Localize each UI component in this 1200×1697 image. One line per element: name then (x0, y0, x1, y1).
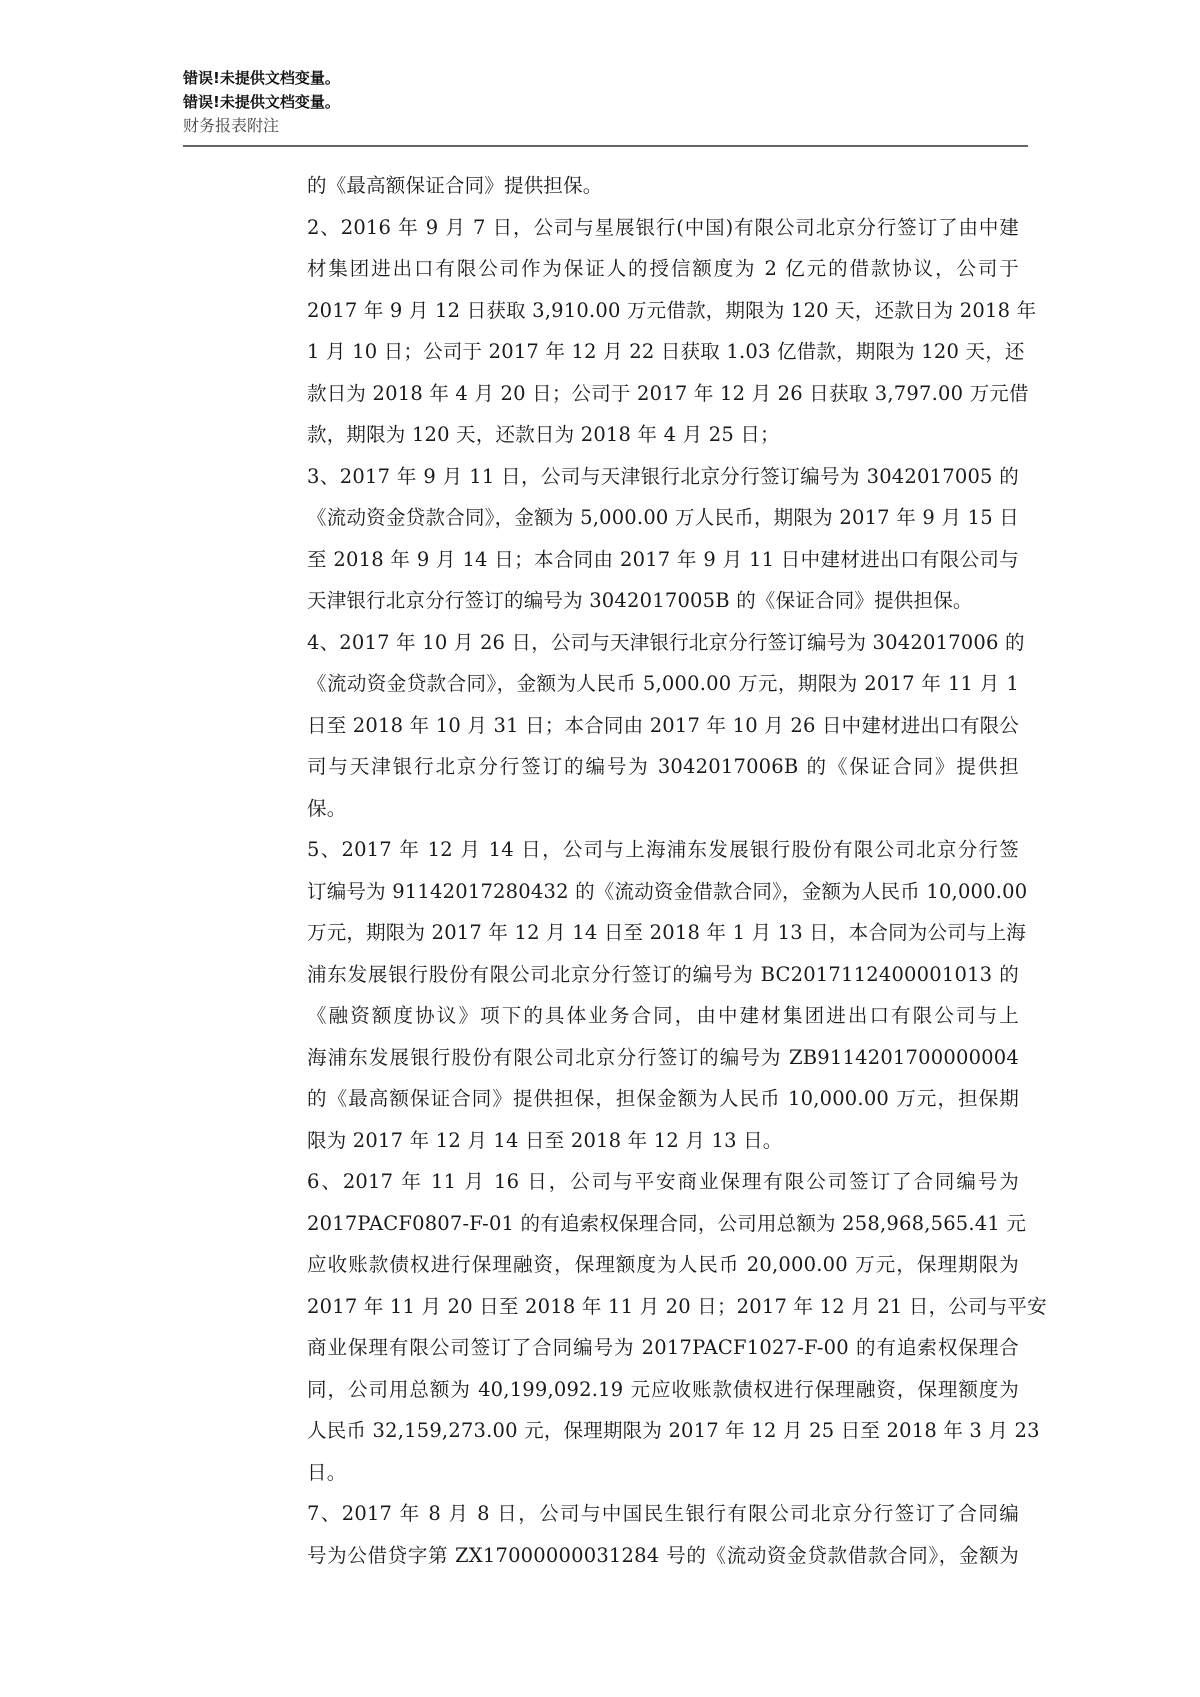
text-line: 浦东发展银行股份有限公司北京分行签订的编号为 BC201711240000101… (307, 954, 1019, 996)
text-line: 保。 (307, 788, 1019, 830)
text-line: 日至 2018 年 10 月 31 日；本合同由 2017 年 10 月 26 … (307, 705, 1019, 747)
page-header: 错误!未提供文档变量。 错误!未提供文档变量。 财务报表附注 (183, 66, 1028, 138)
header-section-title: 财务报表附注 (183, 114, 1028, 138)
document-body: 的《最高额保证合同》提供担保。2、2016 年 9 月 7 日，公司与星展银行(… (307, 165, 1019, 1576)
text-line: 商业保理有限公司签订了合同编号为 2017PACF1027-F-00 的有追索权… (307, 1327, 1019, 1369)
text-line: 6、2017 年 11 月 16 日，公司与平安商业保理有限公司签订了合同编号为 (307, 1161, 1019, 1203)
text-line: 天津银行北京分行签订的编号为 3042017005B 的《保证合同》提供担保。 (307, 580, 1019, 622)
text-line: 2、2016 年 9 月 7 日，公司与星展银行(中国)有限公司北京分行签订了由… (307, 207, 1019, 249)
header-divider (183, 145, 1028, 147)
text-line: 2017 年 11 月 20 日至 2018 年 11 月 20 日；2017 … (307, 1286, 1019, 1328)
text-line: 限为 2017 年 12 月 14 日至 2018 年 12 月 13 日。 (307, 1120, 1019, 1162)
text-line: 材集团进出口有限公司作为保证人的授信额度为 2 亿元的借款协议，公司于 (307, 248, 1019, 290)
text-line: 7、2017 年 8 月 8 日，公司与中国民生银行有限公司北京分行签订了合同编 (307, 1493, 1019, 1535)
text-line: 2017PACF0807-F-01 的有追索权保理合同，公司用总额为 258,9… (307, 1203, 1019, 1245)
text-line: 人民币 32,159,273.00 元，保理期限为 2017 年 12 月 25… (307, 1410, 1019, 1452)
header-error-line-2: 错误!未提供文档变量。 (183, 90, 1028, 114)
text-line: 号为公借贷字第 ZX17000000031284 号的《流动资金贷款借款合同》，… (307, 1535, 1019, 1577)
text-line: 日。 (307, 1452, 1019, 1494)
header-error-line-1: 错误!未提供文档变量。 (183, 66, 1028, 90)
text-line: 的《最高额保证合同》提供担保。 (307, 165, 1019, 207)
text-line: 《流动资金贷款合同》，金额为 5,000.00 万人民币，期限为 2017 年 … (307, 497, 1019, 539)
text-line: 同，公司用总额为 40,199,092.19 元应收账款债权进行保理融资，保理额… (307, 1369, 1019, 1411)
text-line: 订编号为 91142017280432 的《流动资金借款合同》，金额为人民币 1… (307, 871, 1019, 913)
text-line: 款日为 2018 年 4 月 20 日；公司于 2017 年 12 月 26 日… (307, 373, 1019, 415)
text-line: 款，期限为 120 天，还款日为 2018 年 4 月 25 日； (307, 414, 1019, 456)
text-line: 司与天津银行北京分行签订的编号为 3042017006B 的《保证合同》提供担 (307, 746, 1019, 788)
text-line: 海浦东发展银行股份有限公司北京分行签订的编号为 ZB91142017000000… (307, 1037, 1019, 1079)
text-line: 3、2017 年 9 月 11 日，公司与天津银行北京分行签订编号为 30420… (307, 456, 1019, 498)
text-line: 的《最高额保证合同》提供担保，担保金额为人民币 10,000.00 万元，担保期 (307, 1078, 1019, 1120)
text-line: 4、2017 年 10 月 26 日，公司与天津银行北京分行签订编号为 3042… (307, 622, 1019, 664)
text-line: 万元，期限为 2017 年 12 月 14 日至 2018 年 1 月 13 日… (307, 912, 1019, 954)
text-line: 应收账款债权进行保理融资，保理额度为人民币 20,000.00 万元，保理期限为 (307, 1244, 1019, 1286)
text-line: 1 月 10 日；公司于 2017 年 12 月 22 日获取 1.03 亿借款… (307, 331, 1019, 373)
text-line: 《流动资金贷款合同》，金额为人民币 5,000.00 万元，期限为 2017 年… (307, 663, 1019, 705)
text-line: 2017 年 9 月 12 日获取 3,910.00 万元借款，期限为 120 … (307, 290, 1019, 332)
text-line: 至 2018 年 9 月 14 日；本合同由 2017 年 9 月 11 日中建… (307, 539, 1019, 581)
text-line: 5、2017 年 12 月 14 日，公司与上海浦东发展银行股份有限公司北京分行… (307, 829, 1019, 871)
text-line: 《融资额度协议》项下的具体业务合同，由中建材集团进出口有限公司与上 (307, 995, 1019, 1037)
